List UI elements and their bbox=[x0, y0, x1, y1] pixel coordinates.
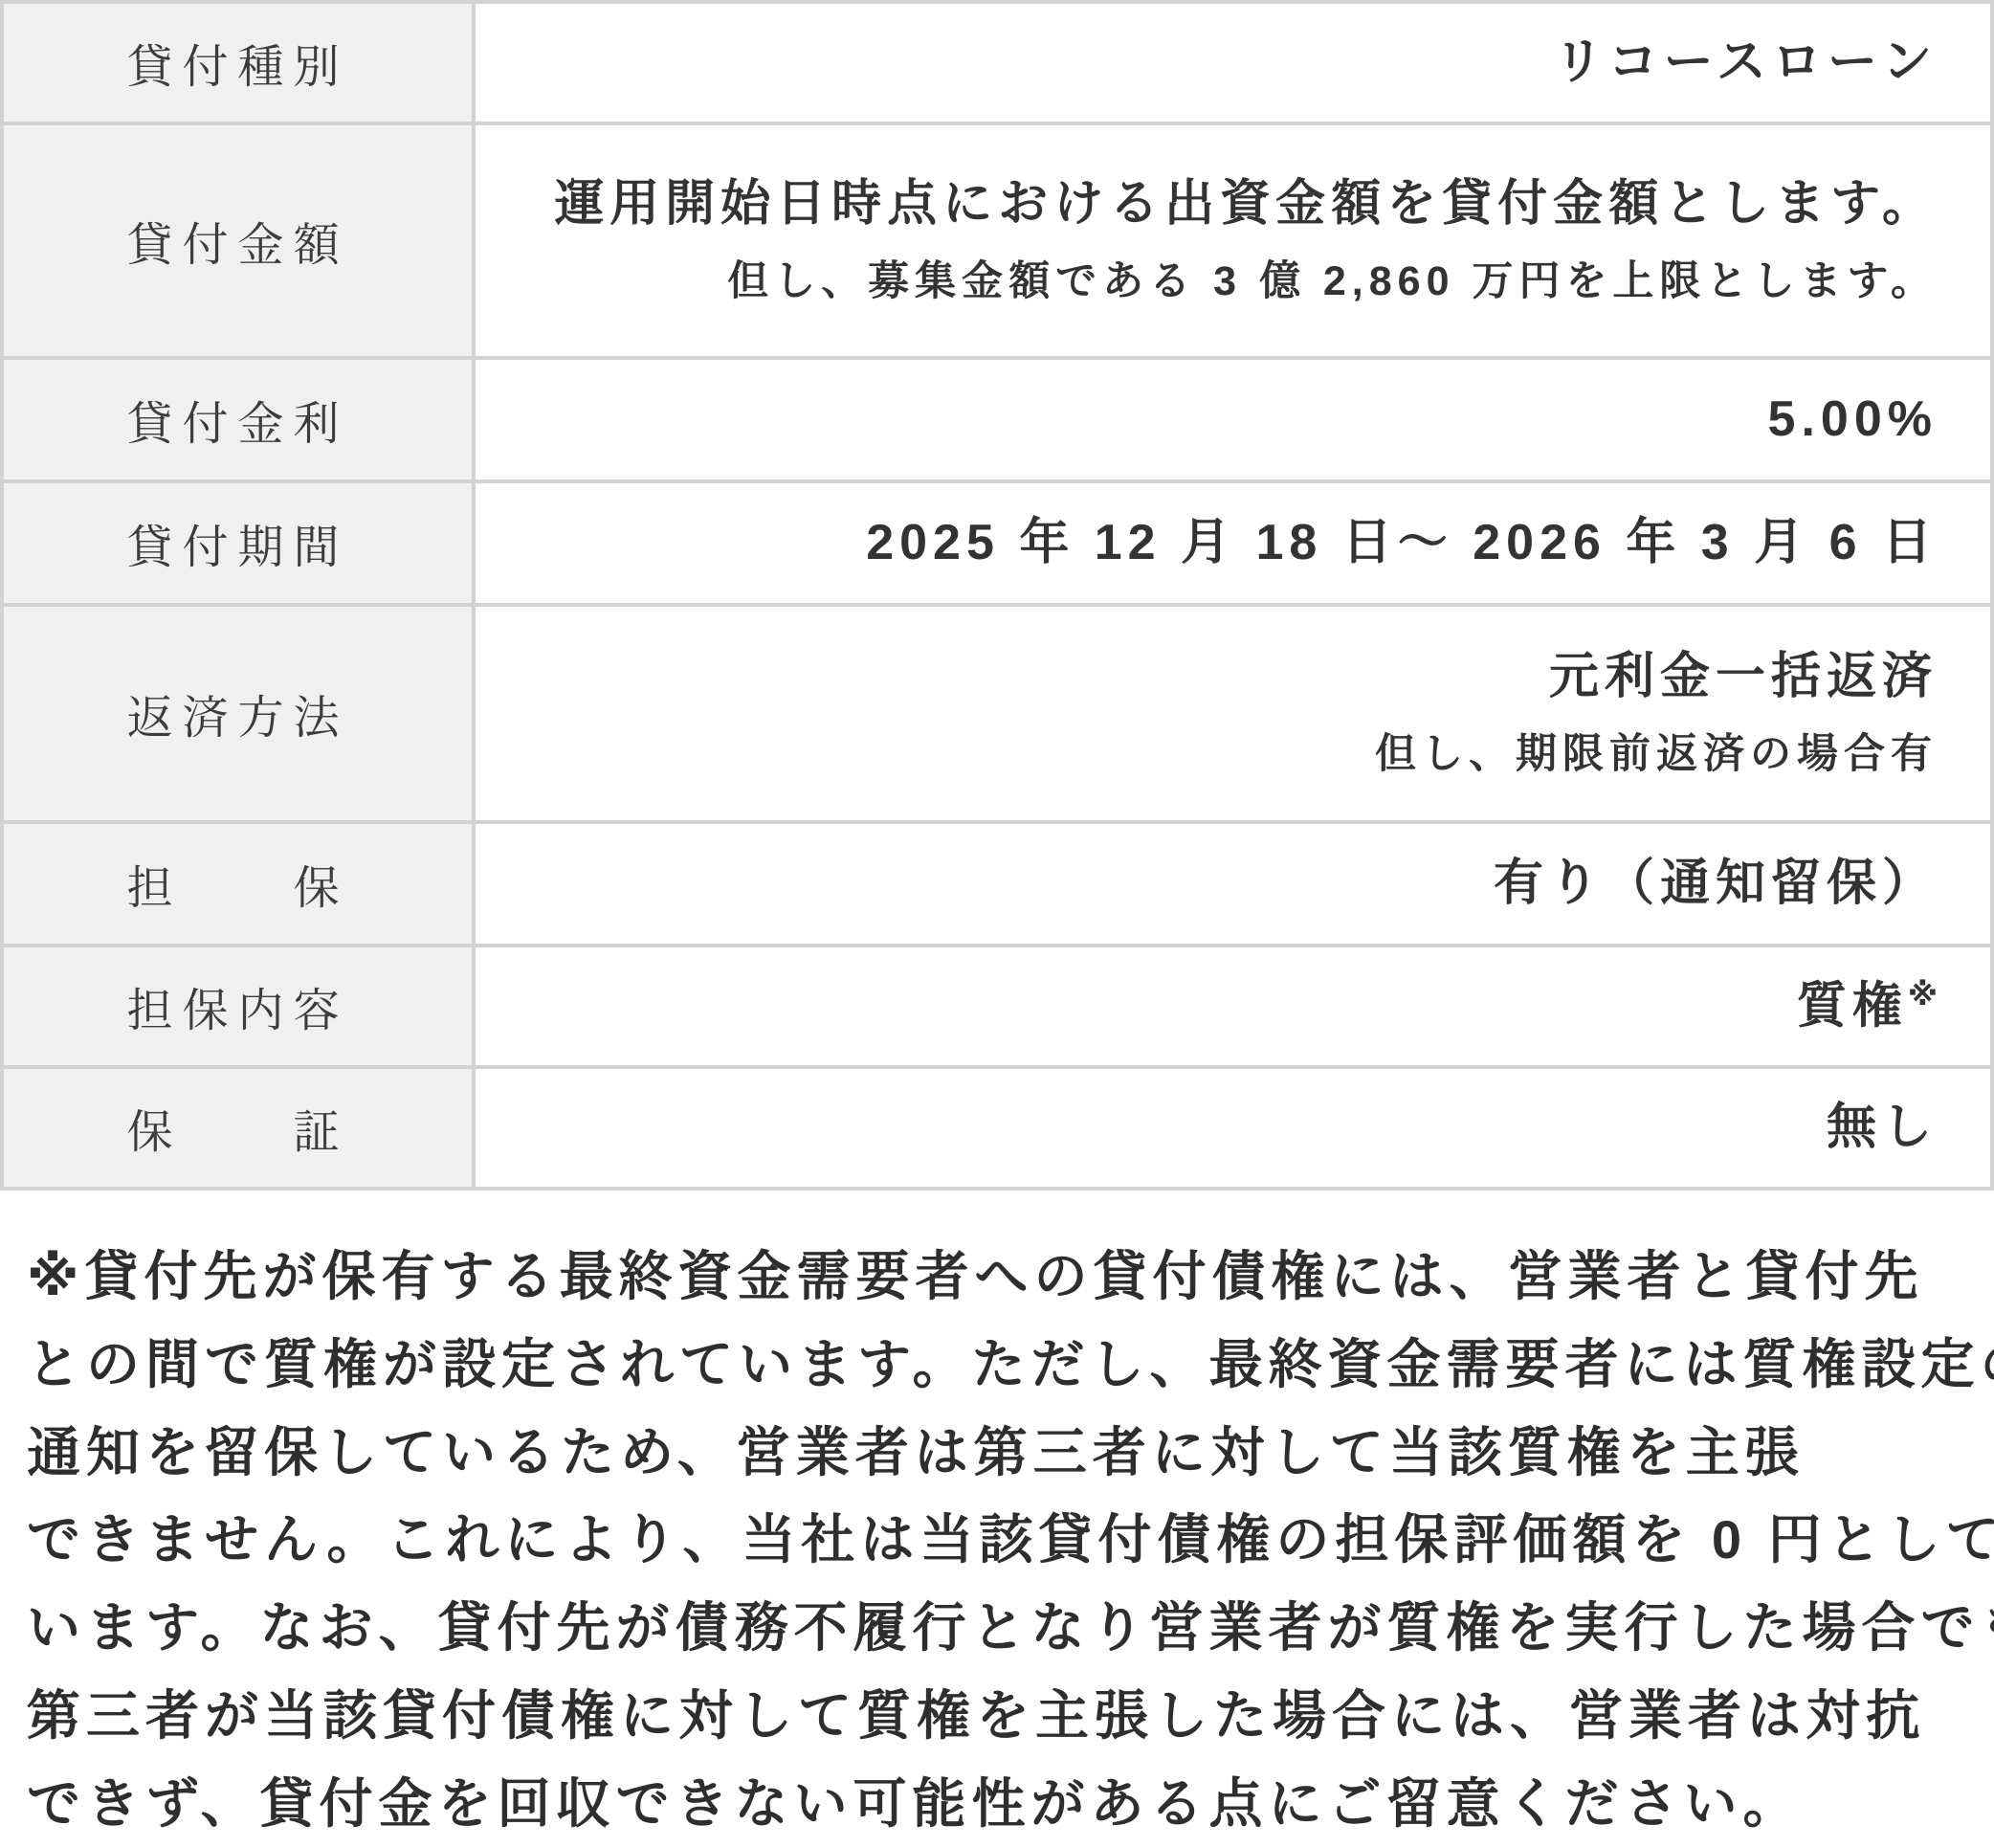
row-label: 保 証 bbox=[2, 1067, 474, 1189]
row-label: 貸付金利 bbox=[2, 358, 474, 481]
value-text: 有り（通知留保） bbox=[504, 853, 1938, 915]
value-text: 元利金一括返済 bbox=[504, 646, 1938, 708]
value-text: 質権※ bbox=[504, 975, 1938, 1037]
row-value: 有り（通知留保） bbox=[474, 822, 1992, 946]
row-label: 貸付種別 bbox=[2, 2, 474, 123]
row-value: 2025 年 12 月 18 日～ 2026 年 3 月 6 日 bbox=[474, 481, 1992, 605]
row-value: 無し bbox=[474, 1067, 1992, 1189]
value-text-main: 質権 bbox=[1797, 978, 1908, 1034]
table-row: 貸付金利 5.00% bbox=[2, 358, 1992, 481]
row-label: 貸付期間 bbox=[2, 481, 474, 605]
footnote-line: います。なお、貸付先が債務不履行となり営業者が質権を実行した場合でも、 bbox=[27, 1584, 1967, 1672]
value-text: 2025 年 12 月 18 日～ 2026 年 3 月 6 日 bbox=[504, 512, 1938, 574]
table-row: 貸付金額 運用開始日時点における出資金額を貸付金額とします。 但し、募集金額であ… bbox=[2, 123, 1992, 358]
footnote-line: 通知を留保しているため、営業者は第三者に対して当該質権を主張 bbox=[27, 1409, 1967, 1497]
footnote-line: できません。これにより、当社は当該貸付債権の担保評価額を 0 円として bbox=[27, 1496, 1967, 1584]
value-note: 但し、募集金額である 3 億 2,860 万円を上限とします。 bbox=[504, 256, 1938, 308]
footnote-line: ※貸付先が保有する最終資金需要者への貸付債権には、営業者と貸付先 bbox=[27, 1233, 1967, 1321]
footnote-reference-mark: ※ bbox=[1908, 977, 1938, 1012]
value-text: 5.00% bbox=[504, 389, 1938, 451]
table-row: 担保内容 質権※ bbox=[2, 946, 1992, 1067]
row-value: 5.00% bbox=[474, 358, 1992, 481]
table-row: 貸付種別 リコースローン bbox=[2, 2, 1992, 123]
value-text: 無し bbox=[504, 1097, 1938, 1159]
footnote-line: 第三者が当該貸付債権に対して質権を主張した場合には、営業者は対抗 bbox=[27, 1672, 1967, 1760]
footnote-line: できず、貸付金を回収できない可能性がある点にご留意ください。 bbox=[27, 1760, 1967, 1848]
loan-terms-page: 貸付種別 リコースローン 貸付金額 運用開始日時点における出資金額を貸付金額とし… bbox=[0, 0, 1994, 1848]
row-label: 担 保 bbox=[2, 822, 474, 946]
row-value: 質権※ bbox=[474, 946, 1992, 1067]
table-row: 貸付期間 2025 年 12 月 18 日～ 2026 年 3 月 6 日 bbox=[2, 481, 1992, 605]
footnote-line: との間で質権が設定されています。ただし、最終資金需要者には質権設定の bbox=[27, 1321, 1967, 1409]
value-text: リコースローン bbox=[504, 32, 1938, 94]
row-label: 担保内容 bbox=[2, 946, 474, 1067]
loan-terms-table: 貸付種別 リコースローン 貸付金額 運用開始日時点における出資金額を貸付金額とし… bbox=[0, 0, 1994, 1191]
value-note: 但し、期限前返済の場合有 bbox=[504, 729, 1938, 781]
row-value: 運用開始日時点における出資金額を貸付金額とします。 但し、募集金額である 3 億… bbox=[474, 123, 1992, 358]
row-value: 元利金一括返済 但し、期限前返済の場合有 bbox=[474, 605, 1992, 822]
footnote: ※貸付先が保有する最終資金需要者への貸付債権には、営業者と貸付先 との間で質権が… bbox=[27, 1233, 1967, 1848]
table-row: 返済方法 元利金一括返済 但し、期限前返済の場合有 bbox=[2, 605, 1992, 822]
table-row: 保 証 無し bbox=[2, 1067, 1992, 1189]
row-label: 貸付金額 bbox=[2, 123, 474, 358]
value-text: 運用開始日時点における出資金額を貸付金額とします。 bbox=[504, 173, 1938, 235]
table-row: 担 保 有り（通知留保） bbox=[2, 822, 1992, 946]
row-label: 返済方法 bbox=[2, 605, 474, 822]
row-value: リコースローン bbox=[474, 2, 1992, 123]
